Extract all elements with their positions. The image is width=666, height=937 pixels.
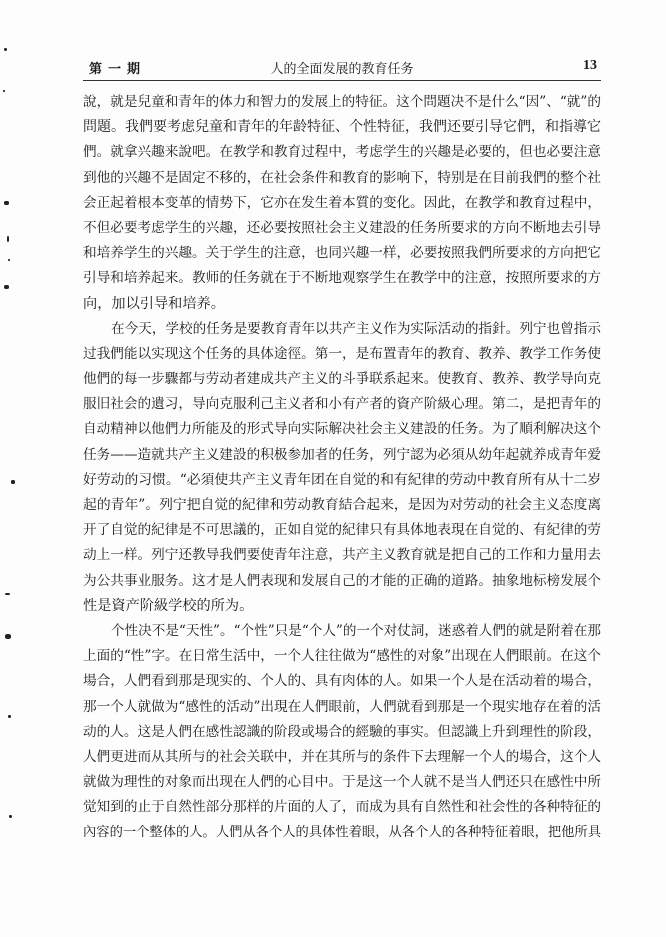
text-line: 那一个人就做为“感性的活动”出現在人們眼前，人們就看到那是一个現实地存在着的活 [83,695,601,720]
text-line: 过我們能以实现这个任务的具体途徑。第一，是布置青年的教育、教养、教学工作务使 [83,342,601,367]
text-line: 場合，人們看到那是现实的、个人的、具有肉体的人。如果一个人是在活动着的場合， [83,669,601,694]
scan-speck [4,48,7,51]
header-rule [83,80,601,81]
text-line: 問題。我們要考虑兒童和青年的年龄特征、个性特征，我們还要引导它們，和指導它 [83,115,601,140]
text-line: 起的青年”。列宁把自觉的紀律和劳动教育結合起来，是因为对劳动的社会主义态度离 [83,493,601,518]
paragraph: 說，就是兒童和青年的体力和智力的发展上的特征。这个問題决不是什么“因”、“就”的… [83,90,601,317]
text-line: 任务——造就共产主义建設的积极参加者的任务，列宁認为必須从幼年起就养成青年爱 [83,443,601,468]
scan-speck [4,201,9,205]
text-line: 人們更进而从其所与的社会关联中，并在其所与的条件下去理解一个人的場合，这个人 [83,745,601,770]
scan-speck [7,236,9,242]
text-line: 就做为理性的对象而出现在人們的心目中。于是这一个人就不是当人們还只在感性中所 [83,770,601,795]
text-line: 不但必要考虑学生的兴趣，还必要按照社会主义建設的任务所要求的方向不断地去引导 [83,216,601,241]
text-line: 他們的每一步驟都与劳动者建成共产主义的斗爭联系起来。使教育、教养、教学导向克 [83,367,601,392]
scan-speck [8,715,11,718]
text-line: 自动精神以他們力所能及的形式导向实际解决社会主义建設的任务。为了順利解决这个 [83,417,601,442]
text-line: 服旧社会的遺习，导向克服利己主义者和小有产者的資产阶級心理。第二，是把青年的 [83,392,601,417]
text-line: 开了自觉的紀律是不可思議的，正如自觉的紀律只有具体地表現在自觉的、有紀律的劳 [83,518,601,543]
text-line: 为公共事业服务。这才是人們表现和发展自己的才能的正确的道路。抽象地标榜发展个 [83,569,601,594]
body-text: 說，就是兒童和青年的体力和智力的发展上的特征。这个問題决不是什么“因”、“就”的… [83,90,601,846]
scan-speck [11,480,15,484]
text-line: 引导和培养起来。教师的任务就在于不断地观察学生在教学中的注意，按照所要求的方 [83,266,601,291]
text-line: 上面的“性”字。在日常生活中，一个人往往做为“感性的对象”出现在人們眼前。在这个 [83,644,601,669]
paragraph: 个性决不是“天性”。“个性”只是“个人”的一个对仗詞，迷惑着人們的就是附着在那上… [83,619,601,846]
text-line: 在今天，学校的任务是要教育青年以共产主义作为实际活动的指針。列宁也曾指示 [83,317,601,342]
scan-speck [8,259,10,261]
text-line: 們。就拿兴趣来說吧。在教学和教育过程中，考虑学生的兴趣是必要的，但也必要注意 [83,140,601,165]
text-line: 內容的一个整体的人。人們从各个人的具体性着眼，从各个人的各种特征着眼，把他所具 [83,820,601,845]
scan-speck [9,815,12,818]
page-number: 13 [583,58,597,74]
text-line: 向，加以引导和培养。 [83,292,601,317]
running-header: 第一期 人的全面发展的教育任务 13 [83,56,601,78]
text-line: 到他的兴趣不是固定不移的，在社会条件和教育的影响下，特别是在目前我們的整个社 [83,166,601,191]
paragraph: 在今天，学校的任务是要教育青年以共产主义作为实际活动的指針。列宁也曾指示过我們能… [83,317,601,619]
text-line: 和培养学生的兴趣。关于学生的注意，也同兴趣一样，必要按照我們所要求的方向把它 [83,241,601,266]
text-line: 个性决不是“天性”。“个性”只是“个人”的一个对仗詞，迷惑着人們的就是附着在那 [83,619,601,644]
running-title: 人的全面发展的教育任务 [83,58,601,77]
scan-speck [4,285,9,289]
text-line: 性是資产阶級学校的所为。 [83,594,601,619]
scan-speck [5,634,11,639]
scan-speck [5,593,10,595]
text-line: 觉知到的止于自然性部分那样的片面的人了，而成为具有自然性和社会性的各种特征的 [83,795,601,820]
text-line: 动上一样。列宁还教导我們要使青年注意，共产主义教育就是把自己的工作和力量用去 [83,543,601,568]
text-line: 动的人。这是人們在感性認識的阶段或場合的經驗的事实。但認識上升到理性的阶段， [83,720,601,745]
scan-speck [3,90,5,92]
text-line: 好劳动的习惯。“必須使共产主义青年团在自觉的和有紀律的劳动中教育所有从十二岁 [83,468,601,493]
text-line: 說，就是兒童和青年的体力和智力的发展上的特征。这个問題决不是什么“因”、“就”的 [83,90,601,115]
text-line: 会正起着根本变革的情势下，它亦在发生着本質的变化。因此，在教学和教育过程中， [83,191,601,216]
scanned-page: 第一期 人的全面发展的教育任务 13 說，就是兒童和青年的体力和智力的发展上的特… [0,0,666,937]
